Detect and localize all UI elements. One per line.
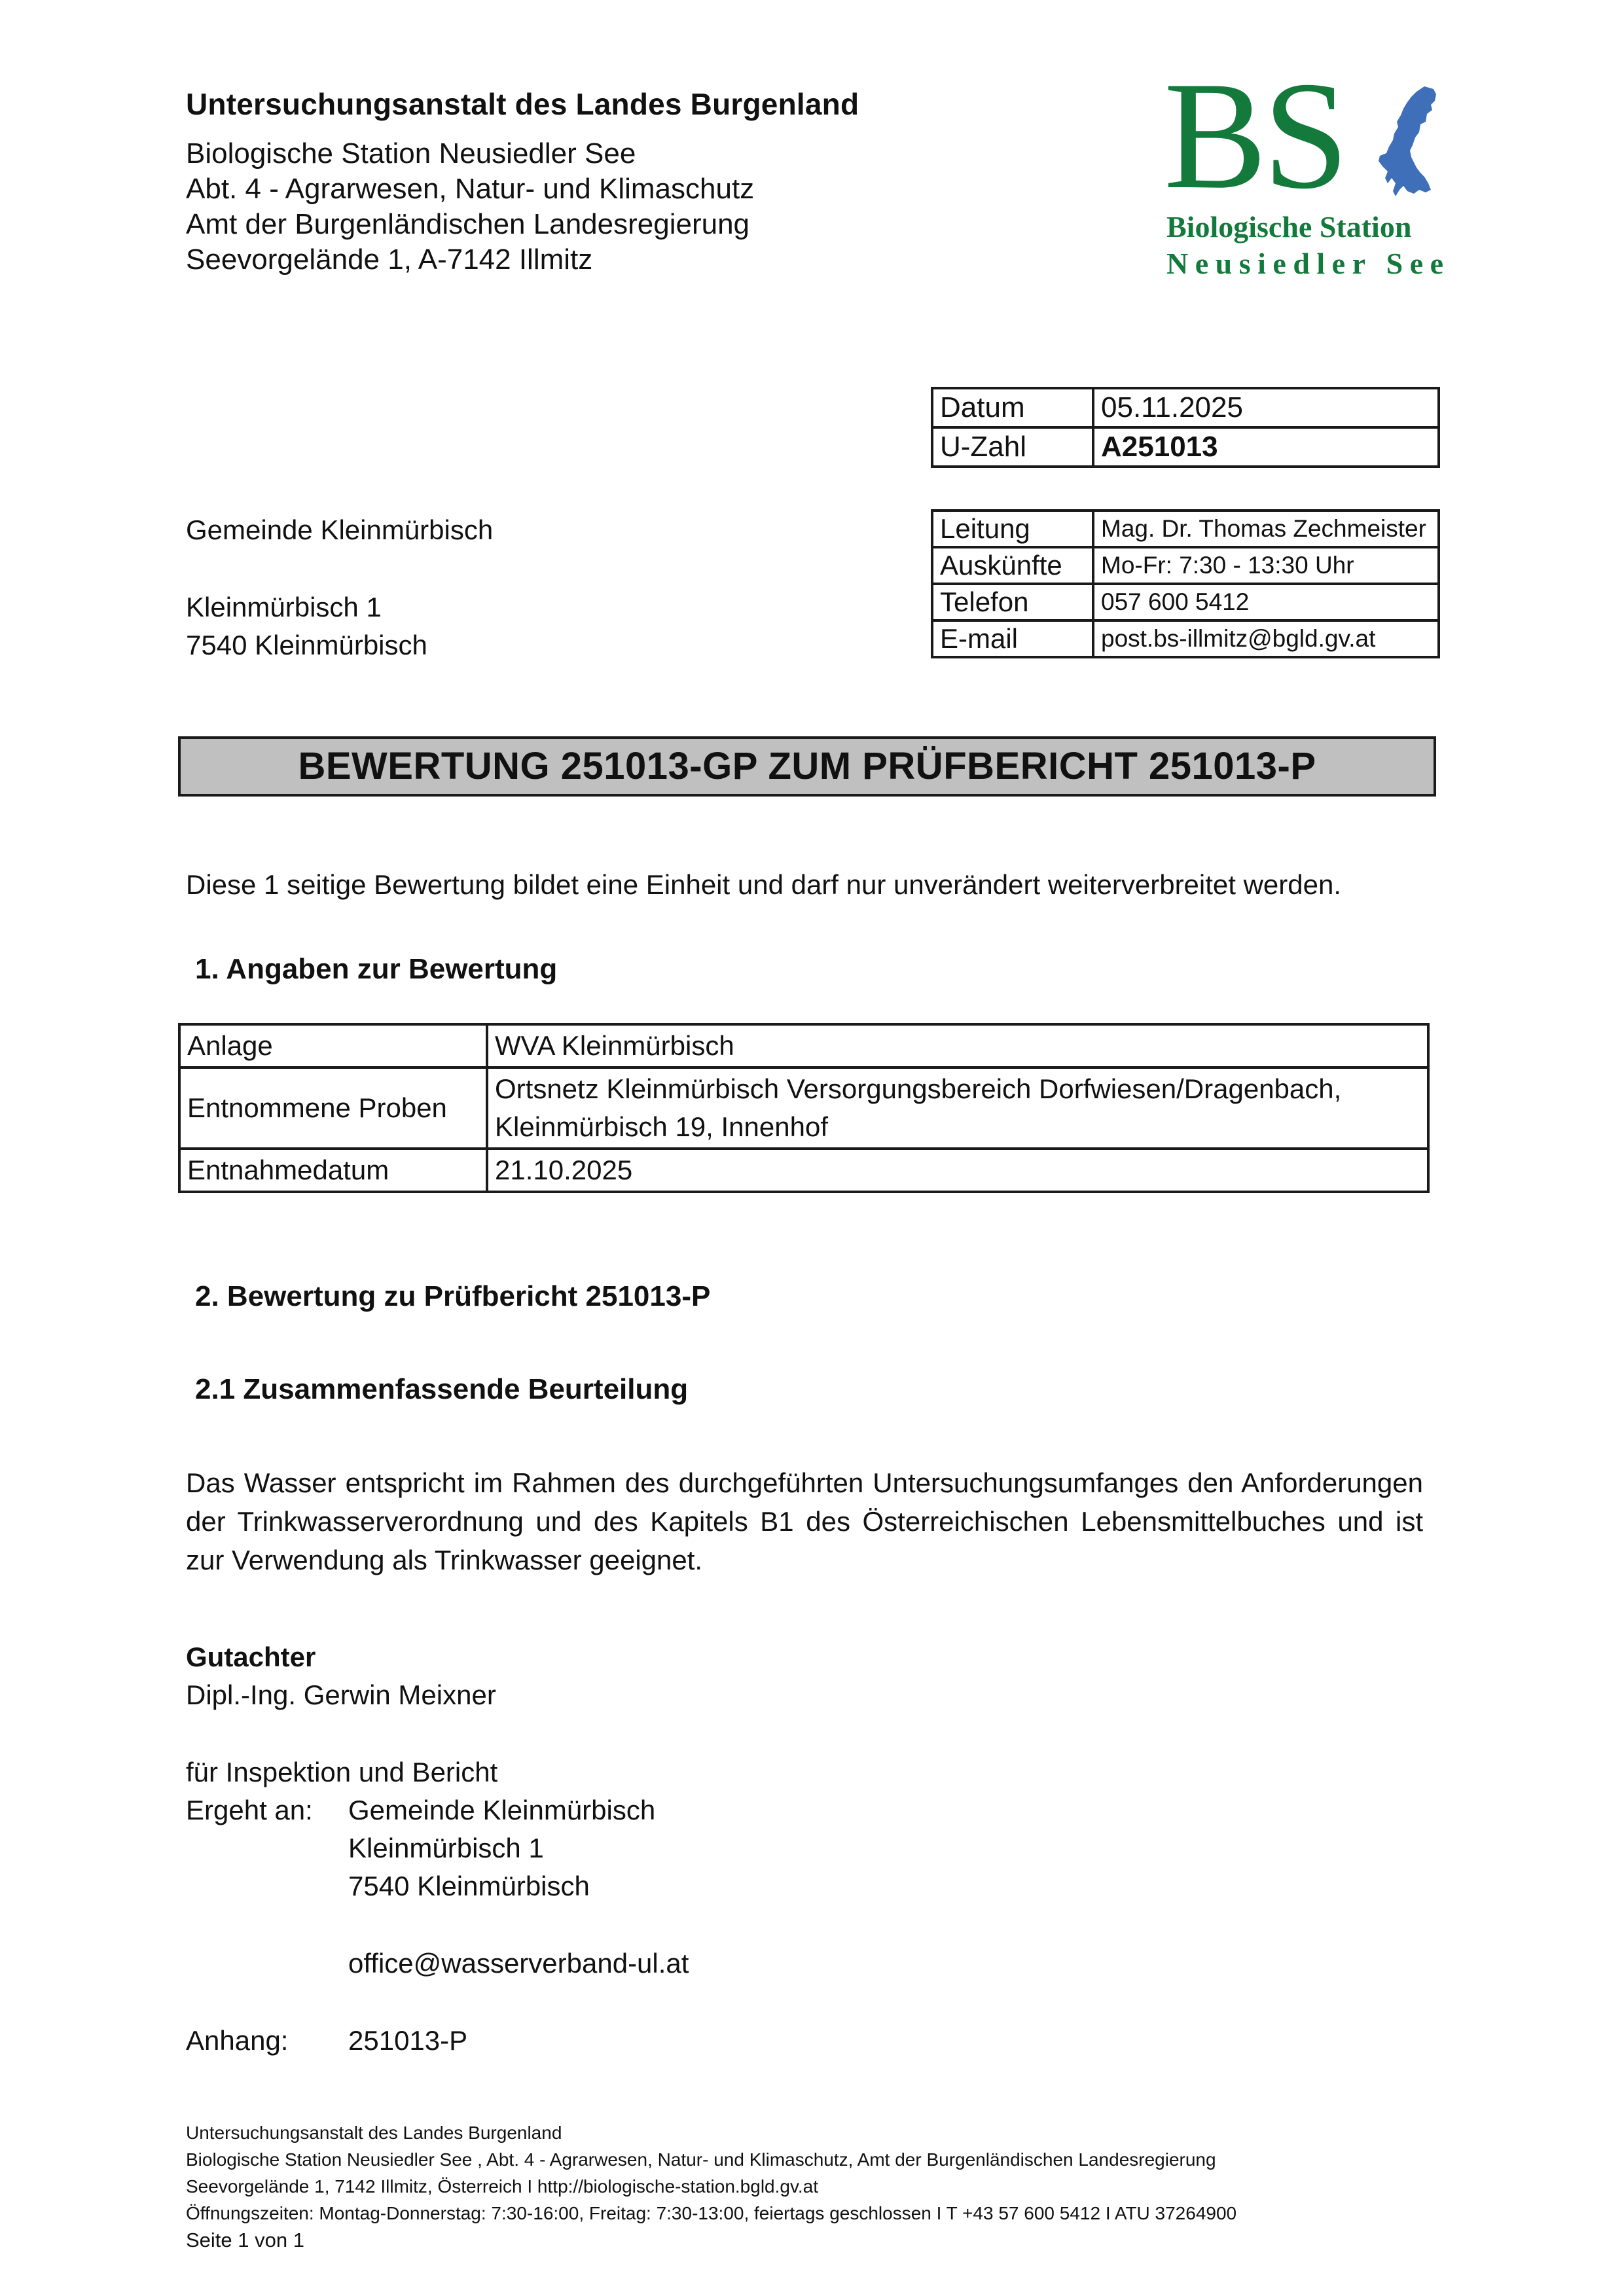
station-logo: BS Biologische Station Neusiedler See <box>1163 79 1451 288</box>
anlage-label: Anlage <box>179 1024 487 1067</box>
u-zahl-label: U-Zahl <box>932 427 1093 467</box>
footer-line: Untersuchungsanstalt des Landes Burgenla… <box>186 2119 1236 2146</box>
gutachter-name: Dipl.-Ing. Gerwin Meixner <box>186 1679 496 1711</box>
section-2-1-heading: 2.1 Zusammenfassende Beurteilung <box>195 1373 688 1406</box>
attachment-label: Anhang: <box>186 2025 288 2056</box>
recipient-name: Gemeinde Kleinmürbisch <box>186 514 493 546</box>
footer-line: Biologische Station Neusiedler See , Abt… <box>186 2146 1236 2173</box>
angaben-table: Anlage WVA Kleinmürbisch Entnommene Prob… <box>178 1023 1430 1193</box>
table-row: Datum 05.11.2025 <box>932 388 1439 427</box>
section-1-heading: 1. Angaben zur Bewertung <box>195 953 557 986</box>
auskuenfte-label: Auskünfte <box>932 547 1093 584</box>
lake-neusiedl-icon <box>1373 85 1439 206</box>
sender-line: Biologische Station Neusiedler See <box>186 136 754 171</box>
logo-letters: BS <box>1164 59 1345 213</box>
date-value: 05.11.2025 <box>1093 388 1439 427</box>
proben-value: Ortsnetz Kleinmürbisch Versorgungsbereic… <box>487 1067 1428 1149</box>
entnahmedatum-value: 21.10.2025 <box>487 1149 1428 1192</box>
table-row: Entnommene Proben Ortsnetz Kleinmürbisch… <box>179 1067 1428 1149</box>
assessment-text: Das Wasser entspricht im Rahmen des durc… <box>186 1463 1423 1579</box>
distribution-label: Ergeht an: <box>186 1795 313 1826</box>
footer-line: Öffnungszeiten: Montag-Donnerstag: 7:30-… <box>186 2200 1236 2227</box>
table-row: E-mail post.bs-illmitz@bgld.gv.at <box>932 620 1439 657</box>
u-zahl-value: A251013 <box>1093 427 1439 467</box>
distribution-email[interactable]: office@wasserverband-ul.at <box>348 1948 689 1979</box>
table-row: Auskünfte Mo-Fr: 7:30 - 13:30 Uhr <box>932 547 1439 584</box>
leitung-value: Mag. Dr. Thomas Zechmeister <box>1093 511 1439 547</box>
table-row: Telefon 057 600 5412 <box>932 584 1439 620</box>
proben-label: Entnommene Proben <box>179 1067 487 1149</box>
entnahmedatum-label: Entnahmedatum <box>179 1149 487 1192</box>
table-row: U-Zahl A251013 <box>932 427 1439 467</box>
contact-info-table: Leitung Mag. Dr. Thomas Zechmeister Ausk… <box>931 509 1440 658</box>
email-value[interactable]: post.bs-illmitz@bgld.gv.at <box>1093 620 1439 657</box>
email-label: E-mail <box>932 620 1093 657</box>
auskuenfte-value: Mo-Fr: 7:30 - 13:30 Uhr <box>1093 547 1439 584</box>
section-2-heading: 2. Bewertung zu Prüfbericht 251013-P <box>195 1280 710 1313</box>
gutachter-label: Gutachter <box>186 1641 316 1673</box>
telefon-label: Telefon <box>932 584 1093 620</box>
intro-text: Diese 1 seitige Bewertung bildet eine Ei… <box>186 869 1341 901</box>
table-row: Leitung Mag. Dr. Thomas Zechmeister <box>932 511 1439 547</box>
leitung-label: Leitung <box>932 511 1093 547</box>
distribution-line: Kleinmürbisch 1 <box>348 1833 544 1864</box>
table-row: Entnahmedatum 21.10.2025 <box>179 1149 1428 1192</box>
distribution-line: Gemeinde Kleinmürbisch <box>348 1795 655 1826</box>
logo-text-line1: Biologische Station <box>1166 209 1411 244</box>
anlage-value: WVA Kleinmürbisch <box>487 1024 1428 1067</box>
distribution-line: 7540 Kleinmürbisch <box>348 1871 590 1902</box>
page-number: Seite 1 von 1 <box>186 2227 1236 2253</box>
sender-address: Biologische Station Neusiedler See Abt. … <box>186 136 754 278</box>
document-info-table: Datum 05.11.2025 U-Zahl A251013 <box>931 387 1440 468</box>
footer-line: Seevorgelände 1, 7142 Illmitz, Österreic… <box>186 2173 1236 2200</box>
inspection-note: für Inspektion und Bericht <box>186 1757 497 1788</box>
organization-title: Untersuchungsanstalt des Landes Burgenla… <box>186 86 859 122</box>
proben-value-line: Kleinmürbisch 19, Innenhof <box>495 1108 1420 1146</box>
telefon-value: 057 600 5412 <box>1093 584 1439 620</box>
attachment-value: 251013-P <box>348 2025 467 2056</box>
sender-line: Amt der Burgenländischen Landesregierung <box>186 207 754 242</box>
proben-value-line: Ortsnetz Kleinmürbisch Versorgungsbereic… <box>495 1070 1420 1108</box>
logo-text-line2: Neusiedler See <box>1166 246 1451 281</box>
recipient-city: 7540 Kleinmürbisch <box>186 630 427 661</box>
recipient-street: Kleinmürbisch 1 <box>186 592 382 623</box>
page-footer: Untersuchungsanstalt des Landes Burgenla… <box>186 2119 1236 2253</box>
sender-line: Abt. 4 - Agrarwesen, Natur- und Klimasch… <box>186 171 754 207</box>
document-title: BEWERTUNG 251013-GP ZUM PRÜFBERICHT 2510… <box>178 736 1436 797</box>
date-label: Datum <box>932 388 1093 427</box>
sender-line: Seevorgelände 1, A-7142 Illmitz <box>186 242 754 278</box>
table-row: Anlage WVA Kleinmürbisch <box>179 1024 1428 1067</box>
